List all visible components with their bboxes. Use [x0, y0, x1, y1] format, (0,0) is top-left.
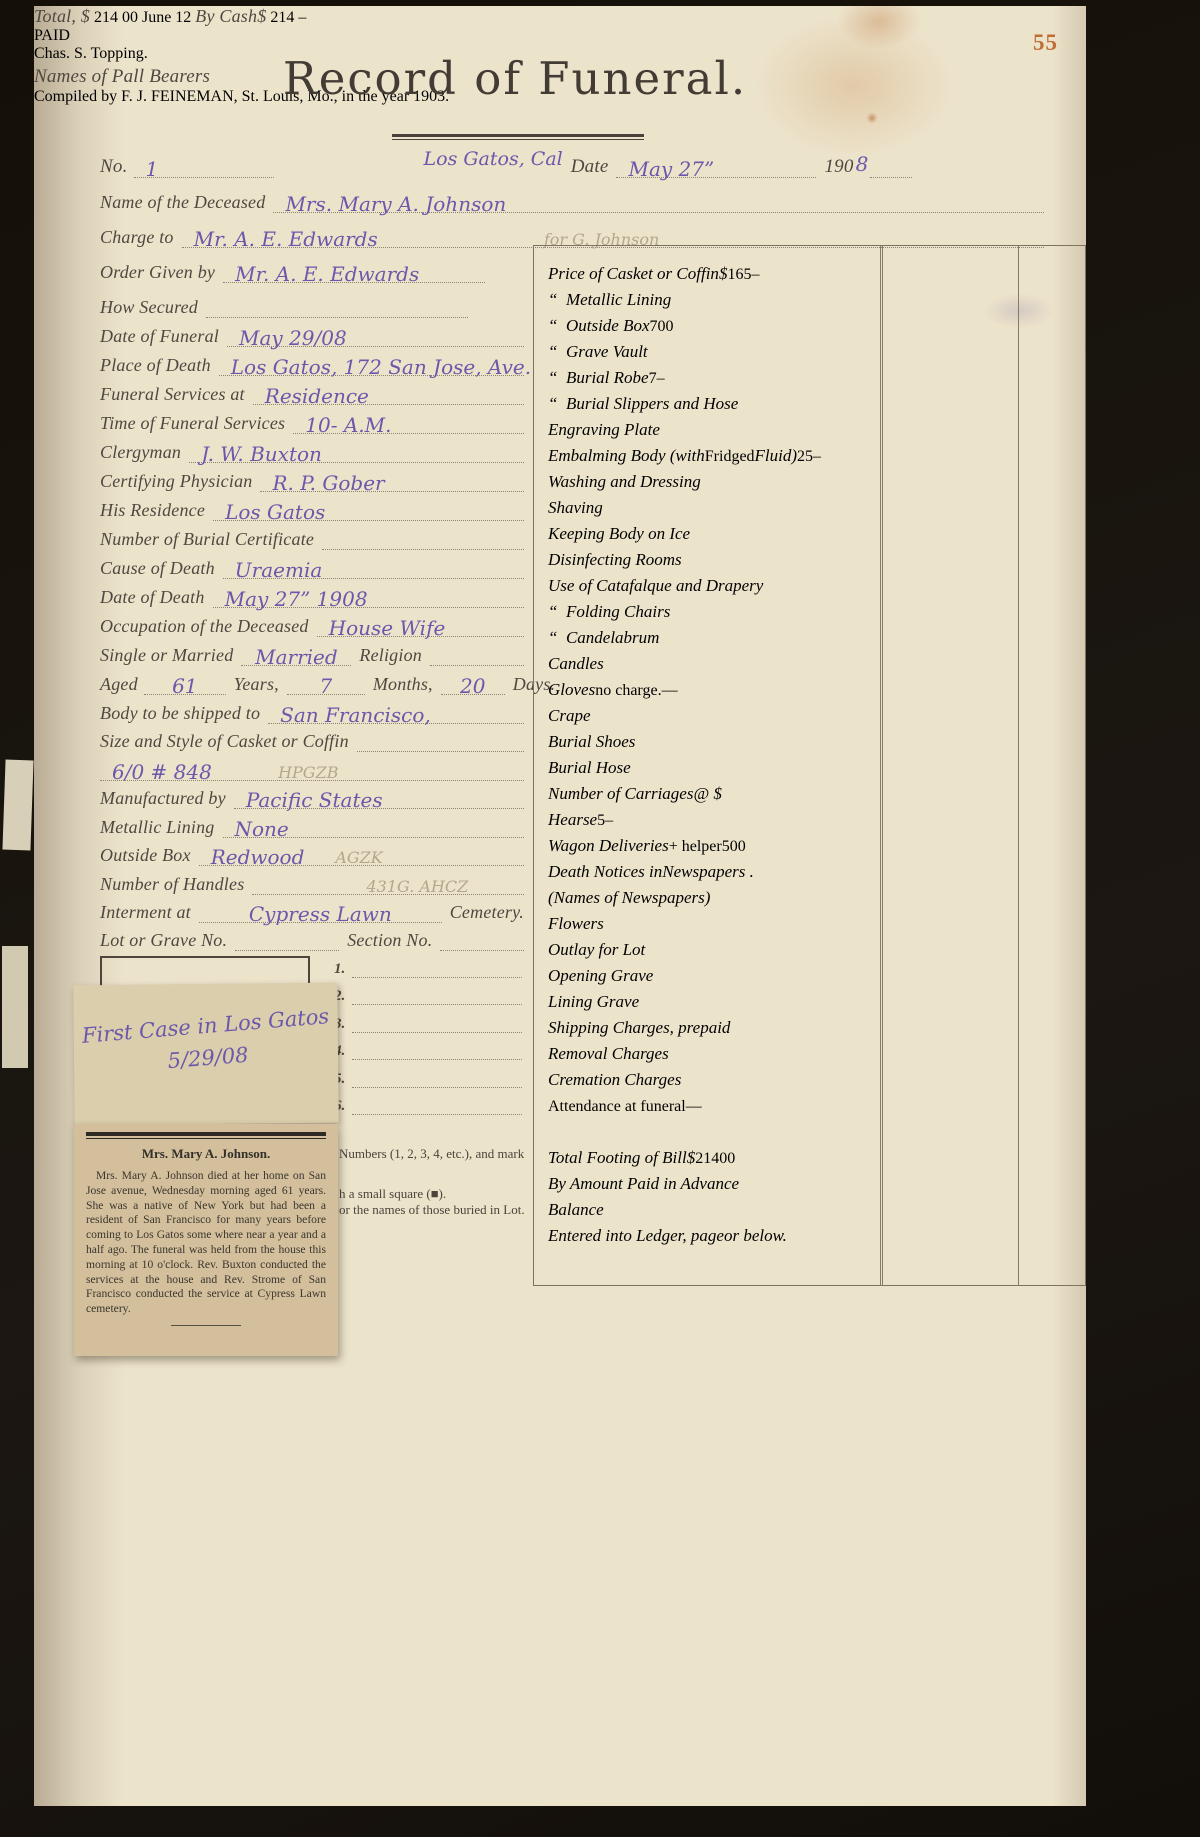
field-label: Time of Funeral Services	[100, 413, 293, 434]
charge-label-suffix: Fluid)	[755, 446, 798, 466]
lot-label: Lot or Grave No.	[100, 930, 235, 951]
charge-row: Wagon Deliveries + helper 5 00	[534, 830, 1085, 856]
charge-handwritten: + helper	[669, 838, 722, 856]
field-label: Funeral Services at	[100, 384, 253, 405]
charge-row: Candles	[534, 648, 1085, 674]
balance-row: Balance	[534, 1194, 1085, 1220]
clipping-headline: Mrs. Mary A. Johnson.	[86, 1146, 326, 1162]
amount-cents: –	[751, 266, 759, 284]
charge-row: Disinfecting Rooms	[534, 544, 1085, 570]
place-written: Los Gatos, Cal	[424, 148, 563, 170]
charge-tail-label: $	[719, 264, 728, 284]
charge-label: “ Folding Chairs	[548, 602, 670, 622]
form-field-row: Manufactured by Pacific States	[100, 781, 524, 810]
charge-row: “ Burial Slippers and Hose	[534, 388, 1085, 414]
amount-cents: –	[813, 448, 821, 466]
writing-line	[235, 922, 339, 951]
charge-label: Burial Hose	[548, 758, 631, 778]
section-label: Section No.	[339, 930, 440, 951]
charge-row: Keeping Body on Ice	[534, 518, 1085, 544]
burial-number-row: 1.	[334, 950, 522, 978]
pasted-note-slip: First Case in Los Gatos 5/29/08	[73, 983, 338, 1126]
charge-label: Wagon Deliveries	[548, 836, 669, 856]
charge-label: “ Grave Vault	[548, 342, 648, 362]
dollar-sign: $	[257, 6, 266, 26]
amount-dollars: –	[662, 682, 670, 700]
cemetery-label: Cemetery.	[442, 902, 524, 923]
newspaper-clipping: Mrs. Mary A. Johnson. Mrs. Mary A. Johns…	[74, 1124, 338, 1356]
form-field-row: Time of Funeral Services 10- A.M.	[100, 405, 524, 434]
charge-row: Crape	[534, 700, 1085, 726]
amount-cents: 00	[730, 838, 746, 856]
charge-label: “ Metallic Lining	[548, 290, 671, 310]
charge-label: Use of Catafalque and Drapery	[548, 576, 763, 596]
charge-label: Shipping Charges, prepaid	[548, 1018, 730, 1038]
amount-cents: –	[694, 1098, 702, 1116]
form-field-row: Number of Burial Certificate	[100, 521, 524, 550]
paid-stamp-word: PAID	[34, 27, 1086, 45]
by-cash-cell: By Cash$	[195, 9, 266, 26]
charge-row: Number of Carriages @ $	[534, 778, 1085, 804]
form-field-row: Charge to Mr. A. E. Edwards for G. Johns…	[100, 213, 1044, 248]
amount-cents: –	[657, 370, 665, 388]
field-label: Order Given by	[100, 262, 223, 283]
first-case-note: First Case in Los Gatos 5/29/08	[71, 974, 341, 1085]
field-label: Occupation of the Deceased	[100, 616, 317, 637]
paid-total-dollars: 214	[94, 9, 118, 26]
charge-row: Gloves no charge. – –	[534, 674, 1085, 700]
dollar-sign: $	[687, 1148, 696, 1168]
charge-label: Cremation Charges	[548, 1070, 681, 1090]
writing-line: 7	[287, 665, 365, 695]
charge-label: Keeping Body on Ice	[548, 524, 690, 544]
handwritten-value: 6/0 # 848	[112, 760, 212, 784]
interment-row: Interment at Cypress Lawn Cemetery.	[100, 895, 524, 923]
charge-row: Shipping Charges, prepaid	[534, 1012, 1085, 1038]
form-fields-mid: Date of Funeral May 29/08 Place of Death…	[100, 318, 524, 637]
writing-line: San Francisco,	[268, 694, 524, 724]
form-field-row: Date of Funeral May 29/08	[100, 318, 524, 347]
charge-label: Gloves	[548, 680, 595, 700]
charge-label: Engraving Plate	[548, 420, 660, 440]
charge-row: “ Outside Box 7 00	[534, 310, 1085, 336]
instruction-line: or the names of those buried in Lot.	[339, 1202, 535, 1218]
lot-section-row: Lot or Grave No. Section No.	[100, 923, 524, 951]
charge-row: “ Burial Robe 7 –	[534, 362, 1085, 388]
charge-label: “ Outside Box	[548, 316, 650, 336]
writing-line: Pacific States	[234, 780, 524, 810]
charge-row: “ Grave Vault	[534, 336, 1085, 362]
charge-row: Burial Shoes	[534, 726, 1085, 752]
charge-handwritten: Fridged	[705, 448, 755, 466]
field-label: Charge to	[100, 227, 182, 248]
form-field-row: His Residence Los Gatos	[100, 492, 524, 521]
burial-number-row: 3.	[334, 1005, 522, 1033]
burial-number-row: 2.	[334, 978, 522, 1006]
writing-line: Los Gatos	[213, 491, 524, 521]
form-field-row: Outside Box Redwood AGZK	[100, 838, 524, 867]
writing-line: Cypress Lawn	[199, 894, 442, 923]
writing-line: Married	[241, 636, 351, 666]
charge-row: Burial Hose	[534, 752, 1085, 778]
writing-line	[352, 977, 522, 1006]
clipping-divider	[171, 1325, 241, 1326]
header-row: No. 1 Los Gatos, Cal Date May 27” 190 8	[100, 144, 1044, 178]
charge-label: Removal Charges	[548, 1044, 669, 1064]
charge-label: “ Burial Slippers and Hose	[548, 394, 738, 414]
total-footing-row: Total Footing of Bill $ 214 00	[534, 1142, 1085, 1168]
field-label: Number of Burial Certificate	[100, 529, 322, 550]
amount-dollars: 25	[797, 448, 813, 466]
charge-label: Opening Grave	[548, 966, 653, 986]
title-rule	[392, 134, 644, 140]
charge-row: Death Notices in Newspapers .	[534, 856, 1085, 882]
writing-line	[352, 1032, 522, 1061]
form-field-row: Number of Handles 431G. AHCZ	[100, 866, 524, 895]
form-field-row: Name of the Deceased Mrs. Mary A. Johnso…	[100, 178, 1044, 213]
writing-line: House Wife	[317, 607, 524, 637]
paid-total-cents: 00	[122, 9, 138, 26]
by-cash-label: By Cash	[195, 6, 257, 26]
charge-label: Lining Grave	[548, 992, 639, 1012]
field-label: Certifying Physician	[100, 471, 260, 492]
writing-line	[430, 636, 524, 666]
charge-row: Lining Grave	[534, 986, 1085, 1012]
underlying-page-edge	[2, 946, 28, 1068]
charge-label: Hearse	[548, 810, 597, 830]
charge-label: Death Notices in	[548, 862, 662, 882]
charge-row: “ Candelabrum	[534, 622, 1085, 648]
charge-label: Embalming Body (with	[548, 446, 705, 466]
page-number: 55	[1033, 30, 1058, 56]
months-label: Months,	[365, 674, 441, 695]
underlying-page-edge	[2, 760, 33, 851]
writing-line: Redwood AGZK	[199, 837, 524, 867]
writing-line: 61	[144, 665, 226, 695]
burial-number-row: 4.	[334, 1033, 522, 1061]
charge-handwritten: no charge.	[595, 682, 661, 700]
writing-line: 431G. AHCZ	[252, 865, 524, 895]
charge-row: Removal Charges	[534, 1038, 1085, 1064]
total-cell: Total, $	[34, 9, 90, 26]
field-label: Clergyman	[100, 442, 189, 463]
field-label: Date of Death	[100, 587, 213, 608]
writing-line: 6/0 # 848 HPGZB	[100, 751, 524, 781]
total-cents: 00	[719, 1150, 735, 1168]
burial-number-row: 6.	[334, 1088, 522, 1116]
amount-dollars: 165	[727, 266, 751, 284]
form-field-row: Place of Death Los Gatos, 172 San Jose, …	[100, 347, 524, 376]
charge-handwritten: Attendance at funeral	[548, 1098, 686, 1116]
writing-line	[352, 1059, 522, 1088]
field-label: Cause of Death	[100, 558, 223, 579]
charge-row: “ Folding Chairs	[534, 596, 1085, 622]
entered-into-ledger-row: Entered into Ledger, page or below.	[534, 1220, 1085, 1246]
burial-numbers-list: 1. 2. 3. 4. 5. 6.	[334, 950, 522, 1115]
paid-in-advance-label: By Amount Paid in Advance	[548, 1174, 739, 1194]
form-field-row: Metallic Lining None	[100, 809, 524, 838]
charge-label: Washing and Dressing	[548, 472, 701, 492]
interment-label: Interment at	[100, 902, 199, 923]
amount-cents: 00	[658, 318, 674, 336]
burial-number-label: 1.	[334, 961, 352, 978]
field-label: Name of the Deceased	[100, 192, 273, 213]
aged-label: Aged	[100, 674, 144, 695]
pencil-note: 431G. AHCZ	[366, 877, 468, 896]
form-field-row: Certifying Physician R. P. Gober	[100, 463, 524, 492]
charge-row: Attendance at funeral – –	[534, 1090, 1085, 1116]
form-field-row: Date of Death May 27” 1908	[100, 579, 524, 608]
charge-row: Cremation Charges	[534, 1064, 1085, 1090]
year-value: 8	[856, 152, 869, 176]
amount-cents: –	[605, 812, 613, 830]
writing-line: J. W. Buxton	[189, 433, 524, 463]
field-label: His Residence	[100, 500, 213, 521]
charge-label: “ Candelabrum	[548, 628, 659, 648]
amount-dollars: 7	[650, 318, 658, 336]
charge-row: Flowers	[534, 908, 1085, 934]
no-line: 1	[134, 143, 274, 178]
religion-label: Religion	[351, 645, 430, 666]
instruction-line: h a small square (■).	[339, 1186, 535, 1202]
form-field-row: Occupation of the Deceased House Wife	[100, 608, 524, 637]
charge-label: Price of Casket or Coffin	[548, 264, 719, 284]
charges-section: Price of Casket or Coffin $ 165 – “ Meta…	[533, 245, 1086, 1286]
charge-row: Embalming Body (with Fridged Fluid) 25 –	[534, 440, 1085, 466]
charge-label: Disinfecting Rooms	[548, 550, 682, 570]
aged-row: Aged 61 Years, 7 Months, 20 Days.	[100, 666, 524, 695]
writing-line	[352, 949, 522, 978]
writing-line	[352, 1087, 522, 1116]
writing-line: May 29/08	[227, 317, 524, 347]
charge-label: Number of Carriages	[548, 784, 693, 804]
total-footing-label: Total Footing of Bill	[548, 1148, 687, 1168]
writing-line: Mrs. Mary A. Johnson	[273, 177, 1044, 213]
form-field-row: Clergyman J. W. Buxton	[100, 434, 524, 463]
field-label: Date of Funeral	[100, 326, 227, 347]
charge-row: Price of Casket or Coffin $ 165 –	[534, 258, 1085, 284]
charge-label: Outlay for Lot	[548, 940, 645, 960]
field-label: Size and Style of Casket or Coffin	[100, 731, 357, 752]
charge-label: Candles	[548, 654, 604, 674]
amount-dollars: 5	[722, 838, 730, 856]
no-label: No.	[100, 156, 128, 178]
date-line: May 27”	[616, 143, 816, 178]
writing-line: Mr. A. E. Edwards for G. Johnson	[182, 212, 1044, 248]
writing-line: Los Gatos, 172 San Jose, Ave.	[219, 346, 524, 376]
charge-row: (Names of Newspapers)	[534, 882, 1085, 908]
form-field-row: Size and Style of Casket or Coffin	[100, 724, 524, 753]
charge-rows: Price of Casket or Coffin $ 165 – “ Meta…	[534, 258, 1085, 1142]
writing-line: 20	[441, 665, 505, 695]
clipping-body: Mrs. Mary A. Johnson died at her home on…	[86, 1169, 326, 1317]
single-or-married-row: Single or Married Married Religion	[100, 637, 524, 666]
form-field-row: Body to be shipped to San Francisco,	[100, 695, 524, 724]
writing-line: Residence	[253, 375, 524, 405]
years-label: Years,	[226, 674, 287, 695]
writing-line	[357, 723, 524, 753]
writing-line	[440, 922, 524, 951]
charge-label: Shaving	[548, 498, 603, 518]
field-label: Place of Death	[100, 355, 219, 376]
page-title: Record of Funeral.	[34, 52, 996, 105]
charge-row: Opening Grave	[534, 960, 1085, 986]
writing-line: None	[223, 808, 525, 838]
charge-row: Washing and Dressing	[534, 466, 1085, 492]
writing-line: R. P. Gober	[260, 462, 524, 492]
charge-label: Crape	[548, 706, 591, 726]
writing-line: 10- A.M.	[293, 404, 524, 434]
charge-tail-label: Newspapers .	[662, 862, 754, 882]
charge-row: Outlay for Lot	[534, 934, 1085, 960]
charge-row: Engraving Plate	[534, 414, 1085, 440]
total-label: Total, $	[34, 6, 90, 26]
form-fields-low: Body to be shipped to San Francisco, Siz…	[100, 695, 524, 895]
field-label: Outside Box	[100, 845, 199, 866]
amount-dollars: 5	[597, 812, 605, 830]
cash-amount-cents: –	[298, 9, 306, 26]
date-label: Date	[571, 156, 609, 178]
charge-row: Use of Catafalque and Drapery	[534, 570, 1085, 596]
or-below-label: or below.	[724, 1226, 787, 1246]
burial-number-row: 5.	[334, 1060, 522, 1088]
charge-row: “ Metallic Lining	[534, 284, 1085, 310]
single-married-label: Single or Married	[100, 645, 241, 666]
charge-tail-label: @ $	[693, 784, 721, 804]
field-label: Manufactured by	[100, 788, 234, 809]
amount-dollars: –	[686, 1098, 694, 1116]
charge-label: “ Burial Robe	[548, 368, 649, 388]
form-field-row: 6/0 # 848 HPGZB	[100, 752, 524, 781]
payment-row-filled: Total, $ 214 00 June 12 By Cash$ 214 –	[34, 6, 1086, 27]
year-prefix: 190	[824, 156, 853, 178]
ledger-page: 55 Record of Funeral. No. 1 Los Gatos, C…	[34, 6, 1086, 1806]
year-line	[870, 143, 912, 178]
form-instructions: Numbers (1, 2, 3, 4, etc.), and mark h a…	[339, 1146, 535, 1218]
charge-row: Shaving	[534, 492, 1085, 518]
writing-line	[206, 282, 468, 318]
charge-row	[534, 1116, 1085, 1142]
entered-ledger-label: Entered into Ledger, page	[548, 1226, 724, 1246]
writing-line: Mr. A. E. Edwards	[223, 247, 485, 283]
total-dollars: 214	[695, 1150, 719, 1168]
handwritten-value: Los Gatos	[225, 500, 325, 524]
charge-label: Burial Shoes	[548, 732, 635, 752]
form-field-row: Funeral Services at Residence	[100, 376, 524, 405]
cash-amount-dollars: 214	[270, 9, 294, 26]
writing-line: Uraemia	[223, 549, 524, 579]
balance-label: Balance	[548, 1200, 604, 1220]
charge-row: Hearse 5 –	[534, 804, 1085, 830]
field-label: Number of Handles	[100, 874, 252, 895]
amount-cents: –	[670, 682, 678, 700]
instruction-line: Numbers (1, 2, 3, 4, etc.), and mark	[339, 1146, 535, 1162]
payment-date: June 12	[142, 9, 191, 26]
payment-table: Total, $ 214 00 June 12 By Cash$ 214 –	[34, 6, 1086, 27]
scanned-funeral-record: 55 Record of Funeral. No. 1 Los Gatos, C…	[0, 0, 1200, 1837]
field-label: Metallic Lining	[100, 817, 223, 838]
clipping-rule	[86, 1132, 326, 1139]
paid-in-advance-row: By Amount Paid in Advance	[534, 1168, 1085, 1194]
field-label: Body to be shipped to	[100, 703, 268, 724]
writing-line	[352, 1004, 522, 1033]
field-label: How Secured	[100, 297, 206, 318]
writing-line	[322, 520, 524, 550]
form-field-row: Cause of Death Uraemia	[100, 550, 524, 579]
amount-dollars: 7	[649, 370, 657, 388]
charge-label: Flowers	[548, 914, 604, 934]
charge-label: (Names of Newspapers)	[548, 888, 710, 908]
writing-line: May 27” 1908	[213, 578, 524, 608]
